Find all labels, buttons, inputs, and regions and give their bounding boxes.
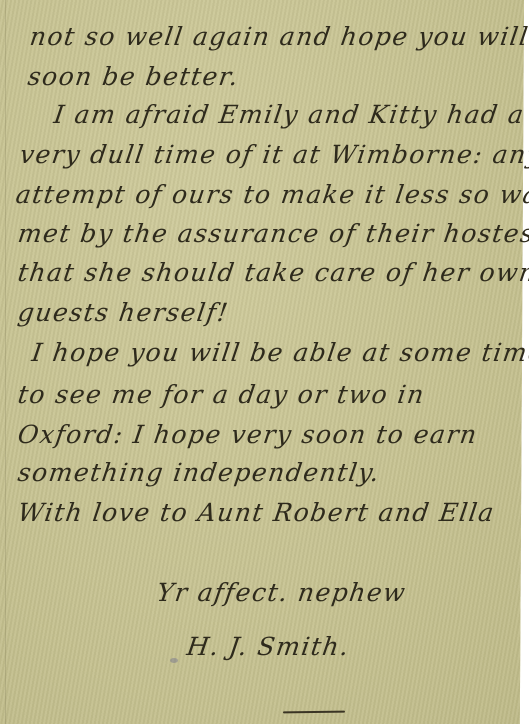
letter-line-1: not so well again and hope you will	[28, 22, 529, 51]
letter-line-13: With love to Aunt Robert and Ella	[16, 498, 497, 527]
letter-line-12: something independently.	[16, 458, 382, 487]
letter-line-9: I hope you will be able at some time	[30, 338, 529, 367]
letter-line-8: guests herself!	[16, 298, 231, 327]
signature: H. J. Smith.	[185, 632, 352, 661]
letter-line-2: soon be better.	[26, 62, 241, 91]
letter-line-7: that she should take care of her own	[16, 258, 529, 287]
letter-line-10: to see me for a day or two in	[16, 380, 427, 409]
paper-fold-line	[5, 0, 6, 724]
letter-line-6: met by the assurance of their hostess	[16, 219, 529, 248]
valediction: Yr affect. nephew	[155, 578, 408, 607]
letter-line-5: attempt of ours to make it less so was	[14, 180, 529, 209]
letter-line-4: very dull time of it at Wimborne: any	[18, 140, 529, 169]
letter-line-11: Oxford: I hope very soon to earn	[16, 420, 480, 449]
letter-line-3: I am afraid Emily and Kitty had a	[52, 100, 527, 129]
letter-page: not so well again and hope you will soon…	[0, 0, 529, 724]
ink-smudge	[170, 658, 178, 663]
